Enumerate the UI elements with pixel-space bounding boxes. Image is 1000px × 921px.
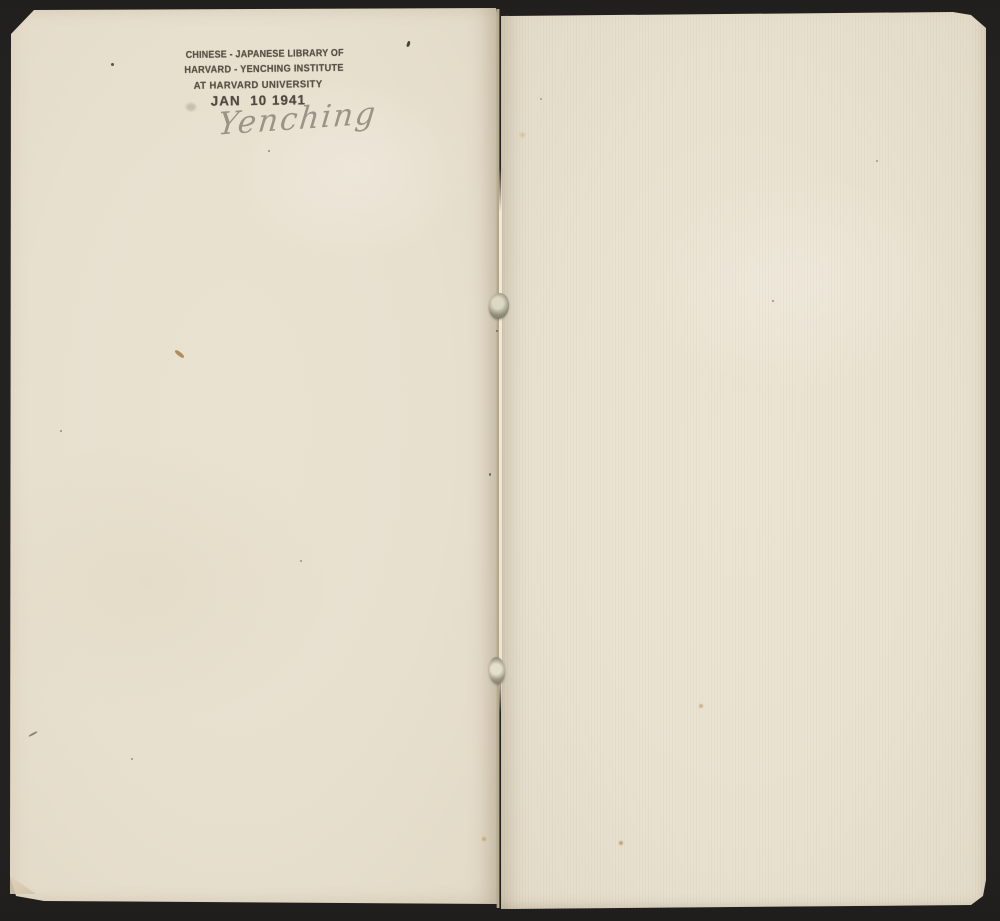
paper-speck bbox=[489, 473, 491, 476]
paper-speck bbox=[772, 300, 774, 302]
paper-speck bbox=[111, 63, 114, 66]
paper-stain bbox=[520, 133, 525, 137]
paper-speck bbox=[876, 160, 878, 162]
paper-speck bbox=[60, 430, 62, 432]
paper-speck bbox=[496, 330, 498, 332]
paper-speck bbox=[131, 758, 133, 760]
stamp-line-3: AT HARVARD UNIVERSITY bbox=[182, 79, 334, 92]
left-page bbox=[10, 8, 498, 904]
book-scan: CHINESE - JAPANESE LIBRARY OF HARVARD - … bbox=[0, 0, 1000, 921]
stamp-line-2: HARVARD - YENCHING INSTITUTE bbox=[184, 63, 331, 76]
paper-speck bbox=[540, 98, 542, 100]
paper-stain bbox=[482, 837, 486, 841]
paper-speck bbox=[300, 560, 302, 562]
ink-smudge bbox=[186, 103, 196, 111]
paper-speck bbox=[268, 150, 270, 152]
stamp-line-1: CHINESE - JAPANESE LIBRARY OF bbox=[186, 48, 330, 61]
right-page bbox=[501, 12, 986, 909]
paper-stain bbox=[699, 704, 703, 708]
paper-stain bbox=[619, 841, 623, 845]
binding-thread bbox=[499, 168, 502, 713]
